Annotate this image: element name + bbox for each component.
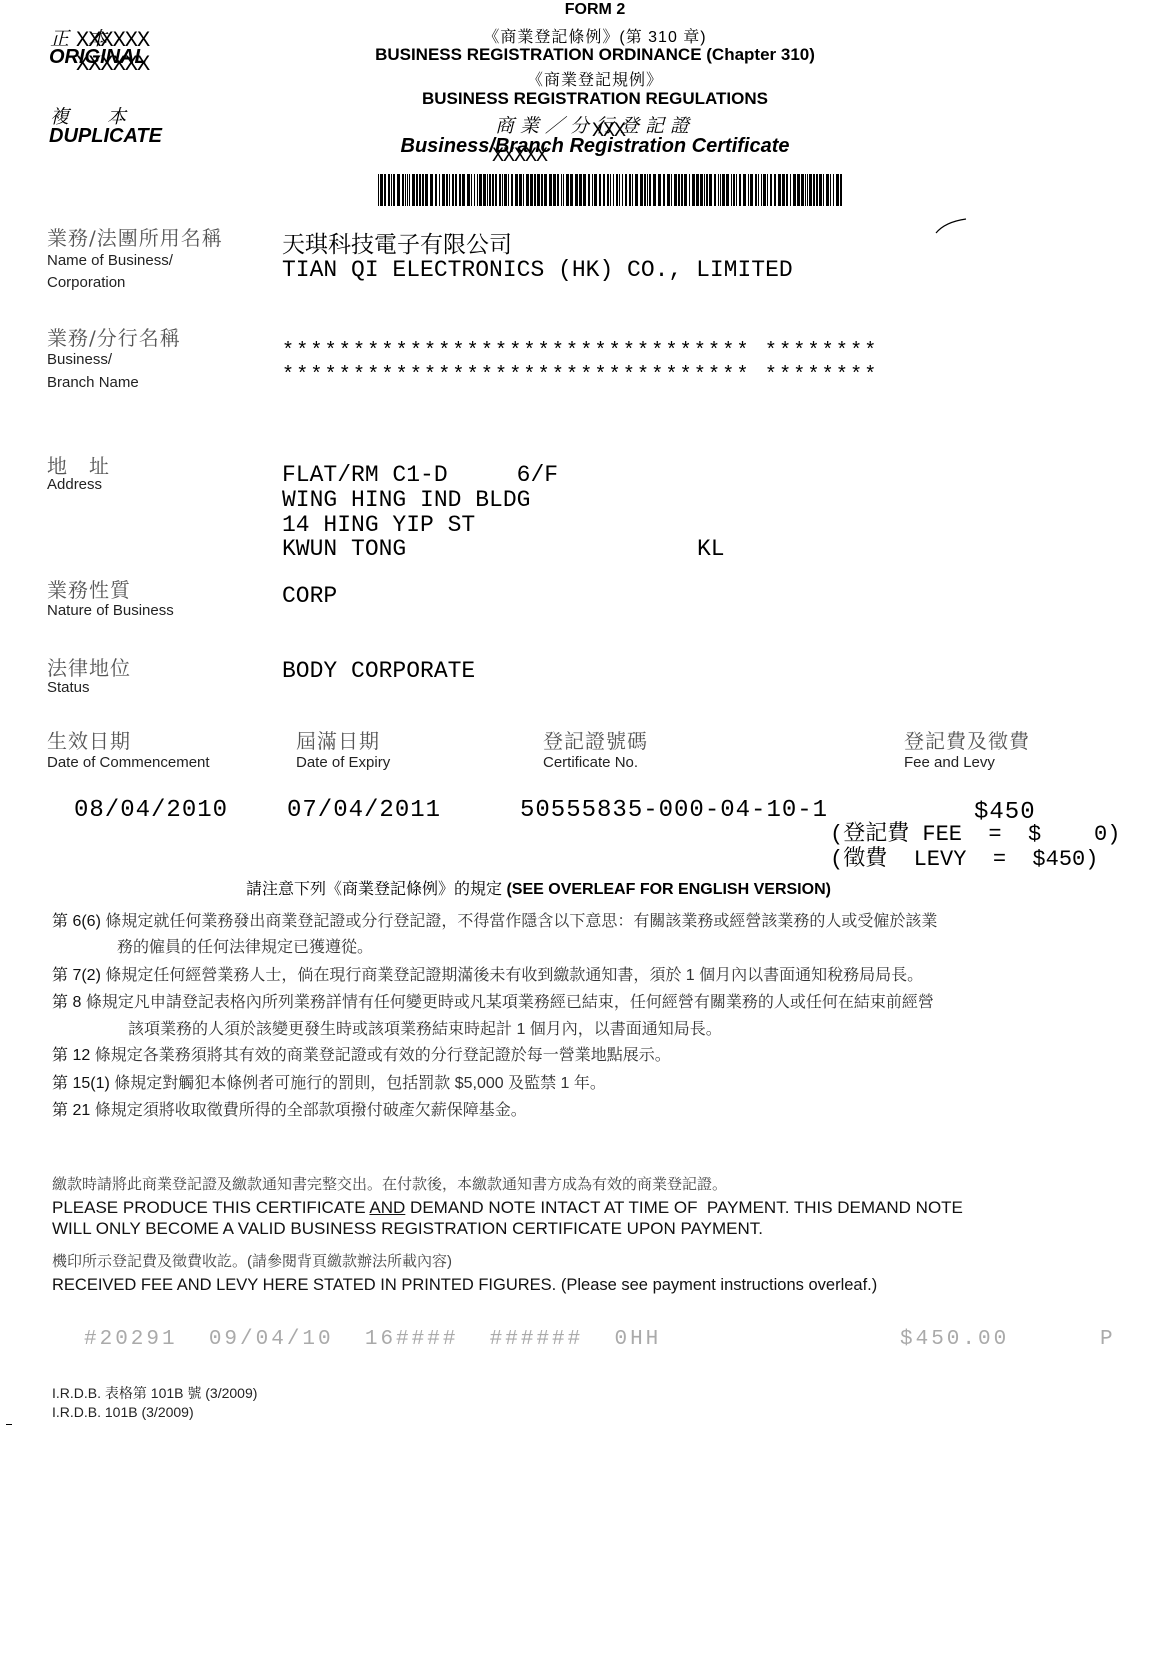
payment-instruction-en-2: WILL ONLY BECOME A VALID BUSINESS REGIST… — [52, 1218, 763, 1240]
address-district: KL — [697, 537, 725, 562]
statute-text: 條規定任何經營業務人士，倘在現行商業登記證期滿後未有收到繳款通知書，須於 1 個… — [105, 967, 923, 984]
levy-line: (徵費 LEVY = $450) — [830, 847, 1098, 872]
certificate-title-en: Business/Branch Registration Certificate — [0, 135, 1152, 158]
business-name-label-zh: 業務/法團所用名稱 — [47, 222, 223, 251]
statute-text: 條規定各業務須將其有效的商業登記證或有效的分行登記證於每一營業地點展示。 — [95, 1047, 671, 1064]
machine-print-amount: $450.00 — [900, 1328, 1009, 1351]
commencement-label-zh: 生效日期 — [47, 725, 131, 754]
statute-ref: 第 7(2) — [52, 967, 101, 984]
statute-item: 第 21 條規定須將收取徵費所得的全部款項撥付破產欠薪保障基金。 — [52, 1099, 527, 1123]
ordinance-title-en: BUSINESS REGISTRATION ORDINANCE (Chapter… — [0, 45, 1152, 65]
notice-heading: 請注意下列《商業登記條例》的規定 (SEE OVERLEAF FOR ENGLI… — [246, 876, 831, 899]
certificate-no-label-zh: 登記證號碼 — [543, 725, 648, 754]
statute-ref: 第 8 — [52, 994, 81, 1011]
statute-ref: 第 21 — [52, 1102, 90, 1119]
branch-name-label-en-1: Business/ — [47, 349, 112, 371]
statute-text: 條規定就任何業務發出商業登記證或分行登記證，不得當作隱含以下意思：有關該業務或經… — [105, 913, 937, 930]
certificate-mask-en: XXXXX — [492, 145, 547, 168]
statute-item: 第 8 條規定凡申請登記表格內所列業務詳情有任何變更時或凡某項業務經已結束，任何… — [52, 991, 934, 1015]
status-value: BODY CORPORATE — [282, 659, 475, 684]
nature-label-zh: 業務性質 — [47, 574, 131, 603]
certificate-no-label-en: Certificate No. — [543, 752, 638, 774]
expiry-label-zh: 屆滿日期 — [296, 725, 380, 754]
machine-print-code: P — [1100, 1328, 1116, 1351]
fee-line: (登記費 FEE = $ 0) — [830, 822, 1120, 847]
form-number: FORM 2 — [0, 1, 1152, 19]
margin-tick — [6, 1424, 12, 1425]
statute-continuation: 務的僱員的任何法律規定已獲遵從。 — [117, 936, 373, 960]
statute-item: 第 7(2) 條規定任何經營業務人士，倘在現行商業登記證期滿後未有收到繳款通知書… — [52, 964, 923, 988]
notice-heading-en: (SEE OVERLEAF FOR ENGLISH VERSION) — [506, 881, 830, 898]
fee-levy-label-zh: 登記費及徵費 — [904, 725, 1030, 754]
received-en: RECEIVED FEE AND LEVY HERE STATED IN PRI… — [52, 1274, 877, 1296]
expiry-label-en: Date of Expiry — [296, 752, 390, 774]
statute-text: 條規定對觸犯本條例者可施行的罰則，包括罰款 $5,000 及監禁 1 年。 — [114, 1075, 606, 1092]
fee-levy-label-en: Fee and Levy — [904, 752, 995, 774]
statute-item: 第 15(1) 條規定對觸犯本條例者可施行的罰則，包括罰款 $5,000 及監禁… — [52, 1072, 606, 1096]
payment-instruction-zh: 繳款時請將此商業登記證及繳款通知書完整交出。在付款後，本繳款通知書方成為有效的商… — [52, 1174, 727, 1196]
certificate-number: 50555835-000-04-10-1 — [520, 797, 828, 824]
barcode-icon — [378, 174, 842, 206]
address-line-3: 14 HING YIP ST — [282, 513, 475, 538]
form-ref-en: I.R.D.B. 101B (3/2009) — [52, 1404, 194, 1420]
branch-name-line-2: ********************************* ******… — [282, 363, 878, 388]
statute-text: 條規定須將收取徵費所得的全部款項撥付破產欠薪保障基金。 — [95, 1102, 527, 1119]
business-name-label-en-1: Name of Business/ — [47, 250, 173, 272]
regulations-title-en: BUSINESS REGISTRATION REGULATIONS — [0, 89, 1152, 109]
notice-heading-zh: 請注意下列《商業登記條例》的規定 — [246, 881, 502, 898]
check-mark-icon — [935, 218, 967, 234]
received-zh: 機印所示登記費及徵費收訖。(請參閱背頁繳款辦法所載內容) — [52, 1251, 452, 1273]
instruction-part: PLEASE PRODUCE THIS CERTIFICATE — [52, 1198, 369, 1217]
instruction-part: DEMAND NOTE INTACT AT TIME OF PAYMENT. T… — [405, 1198, 963, 1217]
statute-ref: 第 12 — [52, 1047, 90, 1064]
branch-name-label-en-2: Branch Name — [47, 372, 139, 394]
regulations-title-zh: 《商業登記規例》 — [0, 67, 1152, 90]
branch-name-label-zh: 業務/分行名稱 — [47, 322, 181, 351]
statute-ref: 第 15(1) — [52, 1075, 110, 1092]
nature-value: CORP — [282, 584, 337, 609]
commencement-date: 08/04/2010 — [74, 797, 228, 824]
instruction-emphasis: AND — [369, 1198, 405, 1217]
status-label-en: Status — [47, 677, 90, 699]
ordinance-title-zh: 《商業登記條例》(第 310 章) — [0, 24, 1152, 47]
payment-instruction-en-1: PLEASE PRODUCE THIS CERTIFICATE AND DEMA… — [52, 1197, 963, 1219]
business-name-label-en-2: Corporation — [47, 272, 125, 294]
machine-print-receipt: #20291 09/04/10 16#### ###### 0HH — [84, 1328, 661, 1351]
branch-name-line-1: ********************************* ******… — [282, 339, 878, 364]
certificate-title-zh: 商業／分行登記證 — [0, 111, 1152, 138]
statute-ref: 第 6(6) — [52, 913, 101, 930]
form-ref-zh: I.R.D.B. 表格第 101B 號 (3/2009) — [52, 1383, 257, 1403]
statute-item: 第 6(6) 條規定就任何業務發出商業登記證或分行登記證，不得當作隱含以下意思：… — [52, 910, 937, 934]
address-line-2: WING HING IND BLDG — [282, 488, 530, 513]
statute-text: 條規定凡申請登記表格內所列業務詳情有任何變更時或凡某項業務經已結束，任何經營有關… — [86, 994, 934, 1011]
nature-label-en: Nature of Business — [47, 600, 174, 622]
statute-item: 第 12 條規定各業務須將其有效的商業登記證或有效的分行登記證於每一營業地點展示… — [52, 1044, 671, 1068]
business-name-en: TIAN QI ELECTRONICS (HK) CO., LIMITED — [282, 258, 793, 283]
address-line-4: KWUN TONG — [282, 537, 406, 562]
address-label-en: Address — [47, 474, 102, 496]
address-line-1: FLAT/RM C1-D 6/F — [282, 463, 558, 488]
statute-continuation: 該項業務的人須於該變更發生時或該項業務結束時起計 1 個月內，以書面通知局長。 — [128, 1018, 722, 1042]
commencement-label-en: Date of Commencement — [47, 752, 210, 774]
business-name-zh: 天琪科技電子有限公司 — [282, 226, 512, 259]
expiry-date: 07/04/2011 — [287, 797, 441, 824]
